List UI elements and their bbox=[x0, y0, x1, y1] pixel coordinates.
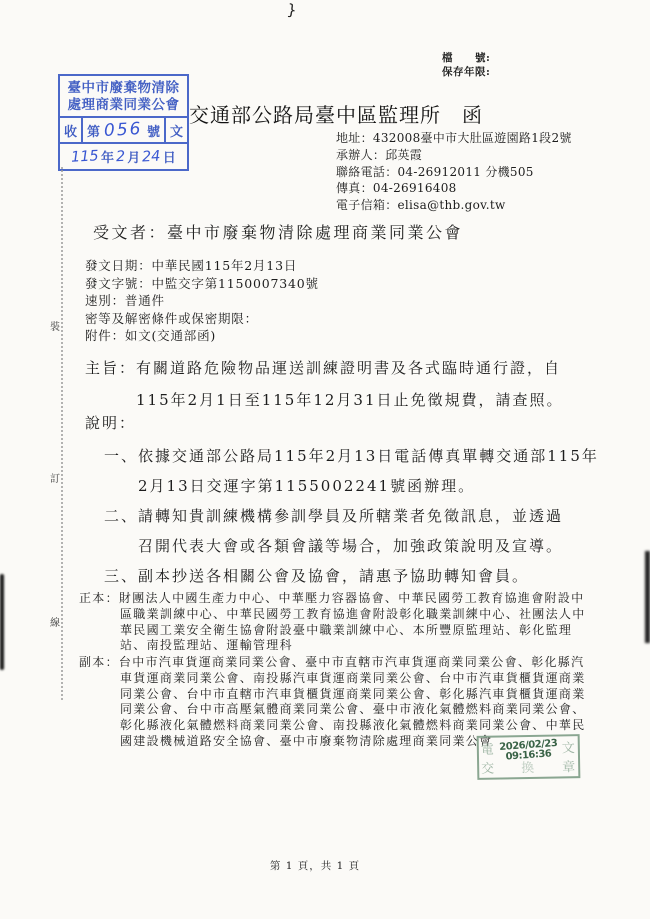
scanned-letter-page: } 檔 號: 保存年限: 臺中市廢棄物清除 處理商業同業公會 收 第 056 號… bbox=[0, 0, 650, 919]
document-meta-block: 發文日期：中華民國115年2月13日 發文字號：中監交字第1150007340號… bbox=[85, 257, 319, 345]
received-stamp-day-handwritten: 24 bbox=[142, 148, 161, 165]
received-stamp-doc-label: 文 bbox=[164, 118, 187, 142]
document-title: 交通部公路局臺中區監理所 函 bbox=[189, 99, 483, 128]
subject-paragraph: 主旨：有關道路危險物品運送訓練證明書及各式臨時通行證，自 115年2月1日至11… bbox=[85, 352, 650, 416]
received-stamp-month-label: 月 bbox=[127, 147, 140, 166]
recipient-line: 受文者：臺中市廢棄物清除處理商業同業公會 bbox=[93, 220, 463, 243]
original-copy-recipients: 正本：財團法人中國生產力中心、中華壓力容器協會、中華民國勞工教育協進會附設中 區… bbox=[79, 591, 650, 654]
received-date-stamp: 臺中市廢棄物清除 處理商業同業公會 收 第 056 號 文 115 年 2 月 … bbox=[58, 74, 189, 171]
security-line: 密等及解密條件或保密期限： bbox=[85, 310, 319, 328]
handwritten-brace-mark: } bbox=[286, 0, 298, 19]
received-stamp-org-line2: 處理商業同業公會 bbox=[61, 97, 186, 114]
sender-email: 電子信箱：elisa@thb.gov.tw bbox=[336, 197, 572, 214]
page-number-footer: 第 1 頁，共 1 頁 bbox=[0, 858, 630, 873]
description-item-3: 三、副本抄送各相關公會及協會，請惠予協助轉知會員。 bbox=[104, 561, 614, 591]
sender-address: 地址：432008臺中市大肚區遊園路1段2號 bbox=[336, 130, 572, 147]
exchange-stamp-char-br: 章 bbox=[562, 756, 575, 775]
received-stamp-year-handwritten: 115 bbox=[71, 148, 99, 165]
received-stamp-org-line1: 臺中市廢棄物清除 bbox=[61, 80, 186, 97]
binding-mark-ding: 訂 bbox=[50, 470, 60, 485]
received-stamp-no-prefix: 第 bbox=[87, 121, 100, 140]
retention-label: 保存年限: bbox=[442, 66, 490, 80]
received-stamp-number-handwritten: 056 bbox=[104, 119, 143, 141]
binding-dotted-line bbox=[61, 167, 63, 700]
sender-phone: 聯絡電話：04-26912011 分機505 bbox=[336, 164, 572, 181]
received-stamp-day-label: 日 bbox=[163, 147, 176, 166]
received-stamp-no-suffix: 號 bbox=[147, 121, 160, 140]
received-stamp-year-label: 年 bbox=[101, 147, 114, 166]
binding-mark-zhuang: 裝 bbox=[50, 318, 60, 333]
description-items: 一、依據交通部公路局115年2月13日電話傳真單轉交通部115年 2月13日交運… bbox=[104, 441, 614, 591]
sender-fax: 傳真：04-26916408 bbox=[336, 180, 572, 197]
doc-number-line: 發文字號：中監交字第1150007340號 bbox=[85, 275, 319, 293]
electronic-exchange-stamp: 電 文 交 換 章 2026/02/23 09:16:36 bbox=[477, 734, 581, 780]
attachment-line: 附件：如文(交通部函) bbox=[85, 327, 319, 345]
scan-artifact-right-streak bbox=[645, 551, 650, 643]
received-stamp-month-handwritten: 2 bbox=[116, 148, 126, 164]
sender-contact-block: 地址：432008臺中市大肚區遊園路1段2號 承辦人：邱英霞 聯絡電話：04-2… bbox=[336, 130, 572, 214]
received-stamp-receive-label: 收 bbox=[60, 118, 83, 142]
description-item-2: 二、請轉知貴訓練機構參訓學員及所轄業者免徵訊息，並透過 召開代表大會或各類會議等… bbox=[104, 501, 614, 561]
file-number-block: 檔 號: 保存年限: bbox=[442, 52, 490, 79]
speed-line: 速別：普通件 bbox=[85, 292, 319, 310]
file-no-label: 檔 號: bbox=[442, 52, 490, 66]
issue-date-line: 發文日期：中華民國115年2月13日 bbox=[85, 257, 319, 275]
description-label: 說明： bbox=[85, 412, 136, 433]
scan-artifact-left-streak bbox=[0, 574, 4, 670]
sender-contact-person: 承辦人：邱英霞 bbox=[336, 147, 572, 164]
description-item-1: 一、依據交通部公路局115年2月13日電話傳真單轉交通部115年 2月13日交運… bbox=[104, 441, 614, 501]
binding-mark-xian: 線 bbox=[50, 614, 60, 629]
